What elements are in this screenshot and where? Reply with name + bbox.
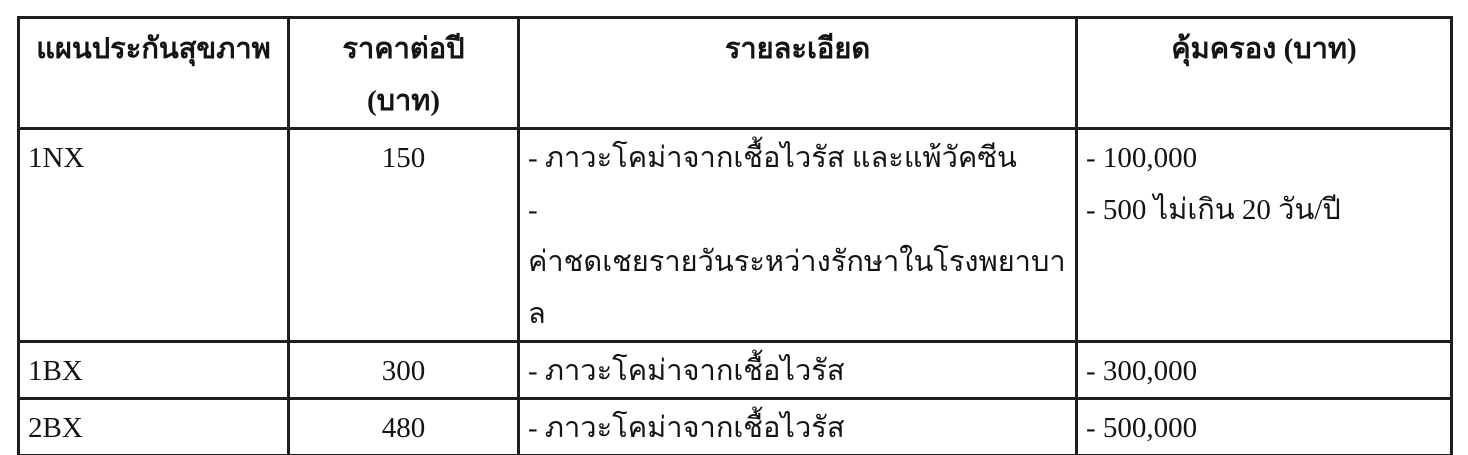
coverage-cell: - 300,000 bbox=[1077, 342, 1452, 399]
details-cell: - ภาวะโคม่าจากเชื้อไวรัส และแพ้วัคซีน - … bbox=[519, 129, 1077, 342]
coverage-line: - 500,000 bbox=[1086, 402, 1442, 454]
coverage-cell: - 500,000 bbox=[1077, 399, 1452, 455]
column-header-details: รายละเอียด bbox=[519, 18, 1077, 129]
coverage-line: - 100,000 bbox=[1086, 132, 1442, 184]
table-row: 1BX 300 - ภาวะโคม่าจากเชื้อไวรัส - 300,0… bbox=[19, 342, 1452, 399]
column-header-coverage: คุ้มครอง (บาท) bbox=[1077, 18, 1452, 129]
details-line: - ภาวะโคม่าจากเชื้อไวรัส และแพ้วัคซีน bbox=[528, 132, 1067, 184]
plan-name-cell: 1BX bbox=[19, 342, 289, 399]
table-row: 2BX 480 - ภาวะโคม่าจากเชื้อไวรัส - 500,0… bbox=[19, 399, 1452, 455]
coverage-cell: - 100,000 - 500 ไม่เกิน 20 วัน/ปี bbox=[1077, 129, 1452, 342]
column-header-plan: แผนประกันสุขภาพ bbox=[19, 18, 289, 129]
plan-name-cell: 2BX bbox=[19, 399, 289, 455]
column-header-price-label-line1: ราคาต่อปี bbox=[298, 23, 509, 75]
details-line: - ภาวะโคม่าจากเชื้อไวรัส bbox=[528, 345, 1067, 397]
column-header-plan-label: แผนประกันสุขภาพ bbox=[28, 23, 279, 75]
details-line: ค่าชดเชยรายวันระหว่างรักษาในโรงพยาบาล bbox=[528, 236, 1067, 340]
details-line: - bbox=[528, 184, 1067, 236]
table-header-row: แผนประกันสุขภาพ ราคาต่อปี (บาท) รายละเอี… bbox=[19, 18, 1452, 129]
plan-name-cell: 1NX bbox=[19, 129, 289, 342]
details-cell: - ภาวะโคม่าจากเชื้อไวรัส bbox=[519, 342, 1077, 399]
price-cell: 480 bbox=[289, 399, 519, 455]
column-header-details-label: รายละเอียด bbox=[528, 23, 1067, 75]
details-line: - ภาวะโคม่าจากเชื้อไวรัส bbox=[528, 402, 1067, 454]
column-header-coverage-label: คุ้มครอง (บาท) bbox=[1086, 23, 1442, 75]
table-row: 1NX 150 - ภาวะโคม่าจากเชื้อไวรัส และแพ้ว… bbox=[19, 129, 1452, 342]
column-header-price-label-line2: (บาท) bbox=[298, 75, 509, 127]
price-cell: 300 bbox=[289, 342, 519, 399]
details-cell: - ภาวะโคม่าจากเชื้อไวรัส bbox=[519, 399, 1077, 455]
insurance-plan-table: แผนประกันสุขภาพ ราคาต่อปี (บาท) รายละเอี… bbox=[17, 16, 1453, 455]
coverage-line: - 500 ไม่เกิน 20 วัน/ปี bbox=[1086, 184, 1442, 236]
price-cell: 150 bbox=[289, 129, 519, 342]
coverage-line: - 300,000 bbox=[1086, 345, 1442, 397]
column-header-price: ราคาต่อปี (บาท) bbox=[289, 18, 519, 129]
